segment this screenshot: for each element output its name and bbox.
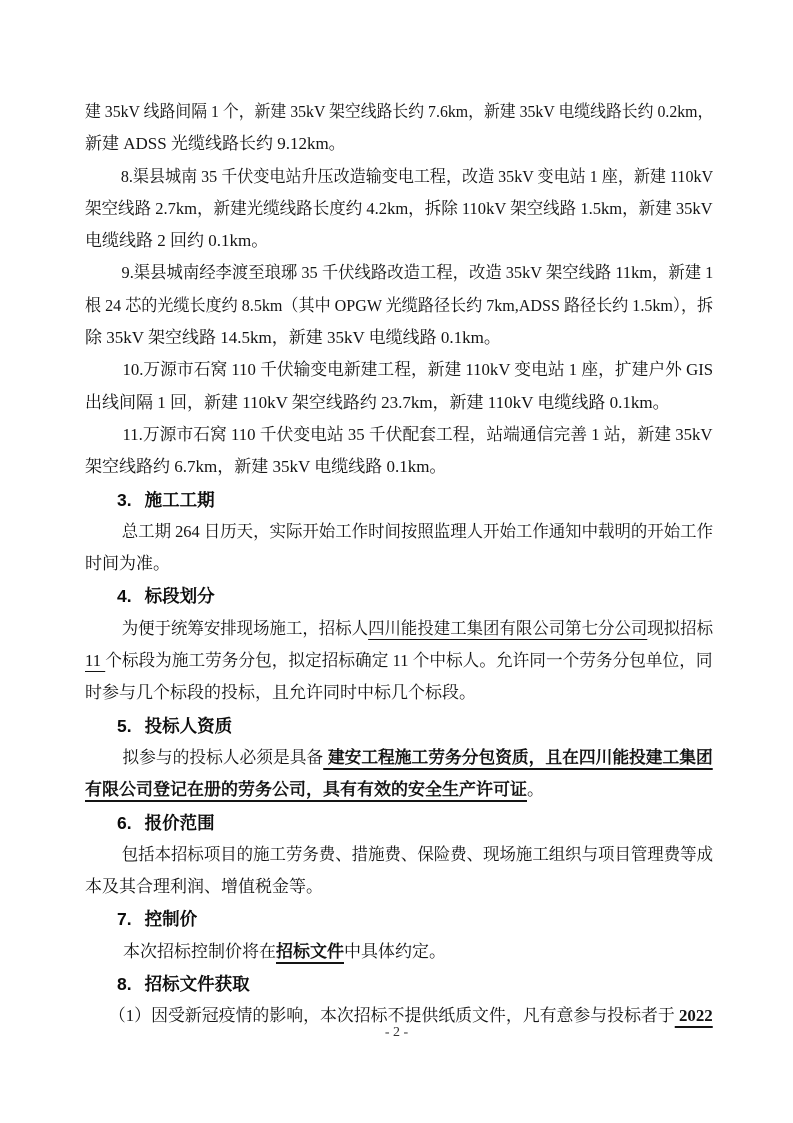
underlined-lot-count: 11 (85, 651, 105, 670)
bold-underlined-year: 2022 (675, 1006, 713, 1025)
heading-title: 报价范围 (145, 813, 215, 833)
section-7-heading-control-price: 7.控制价 (85, 903, 713, 935)
item9-line-1: 9.渠县城南经李渡至琅琊 35 千伏线路改造工程，改造 35kV 架空线路 11… (85, 257, 689, 289)
lot-division-line-3: 时参与几个标段的投标，且允许同时中标几个标段。 (85, 677, 713, 709)
item8-line-3: 电缆线路 2 回约 0.1km。 (85, 225, 713, 257)
text-run: 8.渠县城南 35 千伏变电站升压改造输变电工程，改造 35kV 变电站 1 座… (121, 167, 713, 186)
construction-period-line-2: 时间为准。 (85, 548, 713, 580)
item10-line-2: 出线间隔 1 回，新建 110kV 架空线路约 23.7km，新建 110kV … (85, 387, 713, 419)
heading-title: 投标人资质 (145, 716, 233, 736)
text-run: 总工期 264 日历天，实际开始工作时间按照监理人开始工作通知中载明的开始工作 (122, 522, 713, 541)
heading-title: 施工工期 (145, 490, 215, 510)
heading-number: 4. (117, 586, 132, 606)
text-run: 为便于统筹安排现场施工，招标人 (122, 619, 368, 638)
bold-underlined-tender-document: 招标文件 (276, 942, 344, 961)
text-run: 现拟招标 (647, 619, 713, 638)
item11-line-2: 架空线路约 6.7km，新建 35kV 电缆线路 0.1km。 (85, 451, 713, 483)
underlined-company-name: 四川能投建工集团有限公司第七分公司 (368, 619, 647, 638)
item7-continuation-line-2: 新建 ADSS 光缆线路长约 9.12km。 (85, 128, 713, 160)
section-4-heading-lot-division: 4.标段划分 (85, 580, 713, 612)
text-run: 架空线路 2.7km，新建光缆线路长度约 4.2km，拆除 110kV 架空线路… (85, 199, 713, 218)
item8-line-2: 架空线路 2.7km，新建光缆线路长度约 4.2km，拆除 110kV 架空线路… (85, 193, 696, 225)
bidder-qualification-line-2: 有限公司登记在册的劳务公司，具有有效的安全生产许可证。 (85, 774, 713, 806)
text-run: 本次招标控制价将在 (123, 942, 276, 961)
text-run: 10.万源市石窝 110 千伏输变电新建工程，新建 110kV 变电站 1 座，… (122, 360, 713, 379)
item9-line-3: 除 35kV 架空线路 14.5km，新建 35kV 电缆线路 0.1km。 (85, 322, 713, 354)
document-page: 建 35kV 线路间隔 1 个，新建 35kV 架空线路长约 7.6km，新建 … (0, 0, 793, 1123)
text-run: 根 24 芯的光缆长度约 8.5km（其中 OPGW 光缆路径长约 7km,AD… (85, 296, 713, 315)
bold-underlined-qualification: 有限公司登记在册的劳务公司，具有有效的安全生产许可证 (85, 780, 527, 799)
item11-line-1: 11.万源市石窝 110 千伏变电站 35 千伏配套工程，站端通信完善 1 站，… (85, 419, 705, 451)
bold-underlined-qualification: 建安工程施工劳务分包资质，且在四川能投建工集团 (323, 748, 713, 767)
text-run: 本及其合理利润、增值税金等。 (85, 877, 323, 896)
section-8-heading-document-acquisition: 8.招标文件获取 (85, 968, 713, 1000)
page-footer: - 2 - (0, 1024, 793, 1042)
heading-title: 控制价 (145, 909, 198, 929)
quotation-scope-line-2: 本及其合理利润、增值税金等。 (85, 871, 713, 903)
section-6-heading-quotation-scope: 6.报价范围 (85, 807, 713, 839)
text-run: 时参与几个标段的投标，且允许同时中标几个标段。 (85, 683, 476, 702)
text-run: 9.渠县城南经李渡至琅琊 35 千伏线路改造工程，改造 35kV 架空线路 11… (122, 263, 714, 282)
heading-number: 7. (117, 909, 132, 929)
construction-period-line-1: 总工期 264 日历天，实际开始工作时间按照监理人开始工作通知中载明的开始工作 (85, 516, 692, 548)
text-run: 11.万源市石窝 110 千伏变电站 35 千伏配套工程，站端通信完善 1 站，… (123, 425, 713, 444)
text-run: 新建 ADSS 光缆线路长约 9.12km。 (85, 134, 346, 153)
text-run: （1）因受新冠疫情的影响，本次招标不提供纸质文件，凡有意参与投标者于 (109, 1006, 675, 1025)
lot-division-line-2: 11 个标段为施工劳务分包，拟定招标确定 11 个中标人。允许同一个劳务分包单位… (85, 645, 700, 677)
bidder-qualification-line-1: 拟参与的投标人必须是具备 建安工程施工劳务分包资质，且在四川能投建工集团 (85, 742, 703, 774)
text-run: 建 35kV 线路间隔 1 个，新建 35kV 架空线路长约 7.6km，新建 … (85, 102, 713, 121)
text-run: 拟参与的投标人必须是具备 (122, 748, 323, 767)
heading-number: 3. (117, 490, 132, 510)
text-run: 中具体约定。 (344, 942, 446, 961)
text-run: 除 35kV 架空线路 14.5km，新建 35kV 电缆线路 0.1km。 (85, 328, 501, 347)
text-run: 个标段为施工劳务分包，拟定招标确定 11 个中标人。允许同一个劳务分包单位，同 (105, 651, 712, 670)
heading-number: 5. (117, 716, 132, 736)
control-price-line-1: 本次招标控制价将在招标文件中具体约定。 (85, 936, 713, 968)
item10-line-1: 10.万源市石窝 110 千伏输变电新建工程，新建 110kV 变电站 1 座，… (85, 354, 704, 386)
item8-line-1: 8.渠县城南 35 千伏变电站升压改造输变电工程，改造 35kV 变电站 1 座… (85, 161, 678, 193)
quotation-scope-line-1: 包括本招标项目的施工劳务费、措施费、保险费、现场施工组织与项目管理费等成 (85, 839, 692, 871)
section-3-heading-construction-period: 3.施工工期 (85, 484, 713, 516)
section-5-heading-bidder-qualification: 5.投标人资质 (85, 710, 713, 742)
heading-title: 招标文件获取 (145, 974, 250, 994)
heading-number: 6. (117, 813, 132, 833)
page-number: - 2 - (385, 1025, 408, 1040)
text-run: 出线间隔 1 回，新建 110kV 架空线路约 23.7km，新建 110kV … (85, 393, 670, 412)
text-run: 架空线路约 6.7km，新建 35kV 电缆线路 0.1km。 (85, 457, 446, 476)
heading-number: 8. (117, 974, 132, 994)
text-run: 。 (527, 780, 544, 799)
item7-continuation-line-1: 建 35kV 线路间隔 1 个，新建 35kV 架空线路长约 7.6km，新建 … (85, 96, 670, 128)
item9-line-2: 根 24 芯的光缆长度约 8.5km（其中 OPGW 光缆路径长约 7km,AD… (85, 290, 679, 322)
text-run: 包括本招标项目的施工劳务费、措施费、保险费、现场施工组织与项目管理费等成 (122, 845, 713, 864)
heading-title: 标段划分 (145, 586, 215, 606)
document-body: 建 35kV 线路间隔 1 个，新建 35kV 架空线路长约 7.6km，新建 … (85, 96, 713, 1033)
text-run: 电缆线路 2 回约 0.1km。 (85, 231, 268, 250)
lot-division-line-1: 为便于统筹安排现场施工，招标人四川能投建工集团有限公司第七分公司现拟招标 (85, 613, 692, 645)
text-run: 时间为准。 (85, 554, 170, 573)
